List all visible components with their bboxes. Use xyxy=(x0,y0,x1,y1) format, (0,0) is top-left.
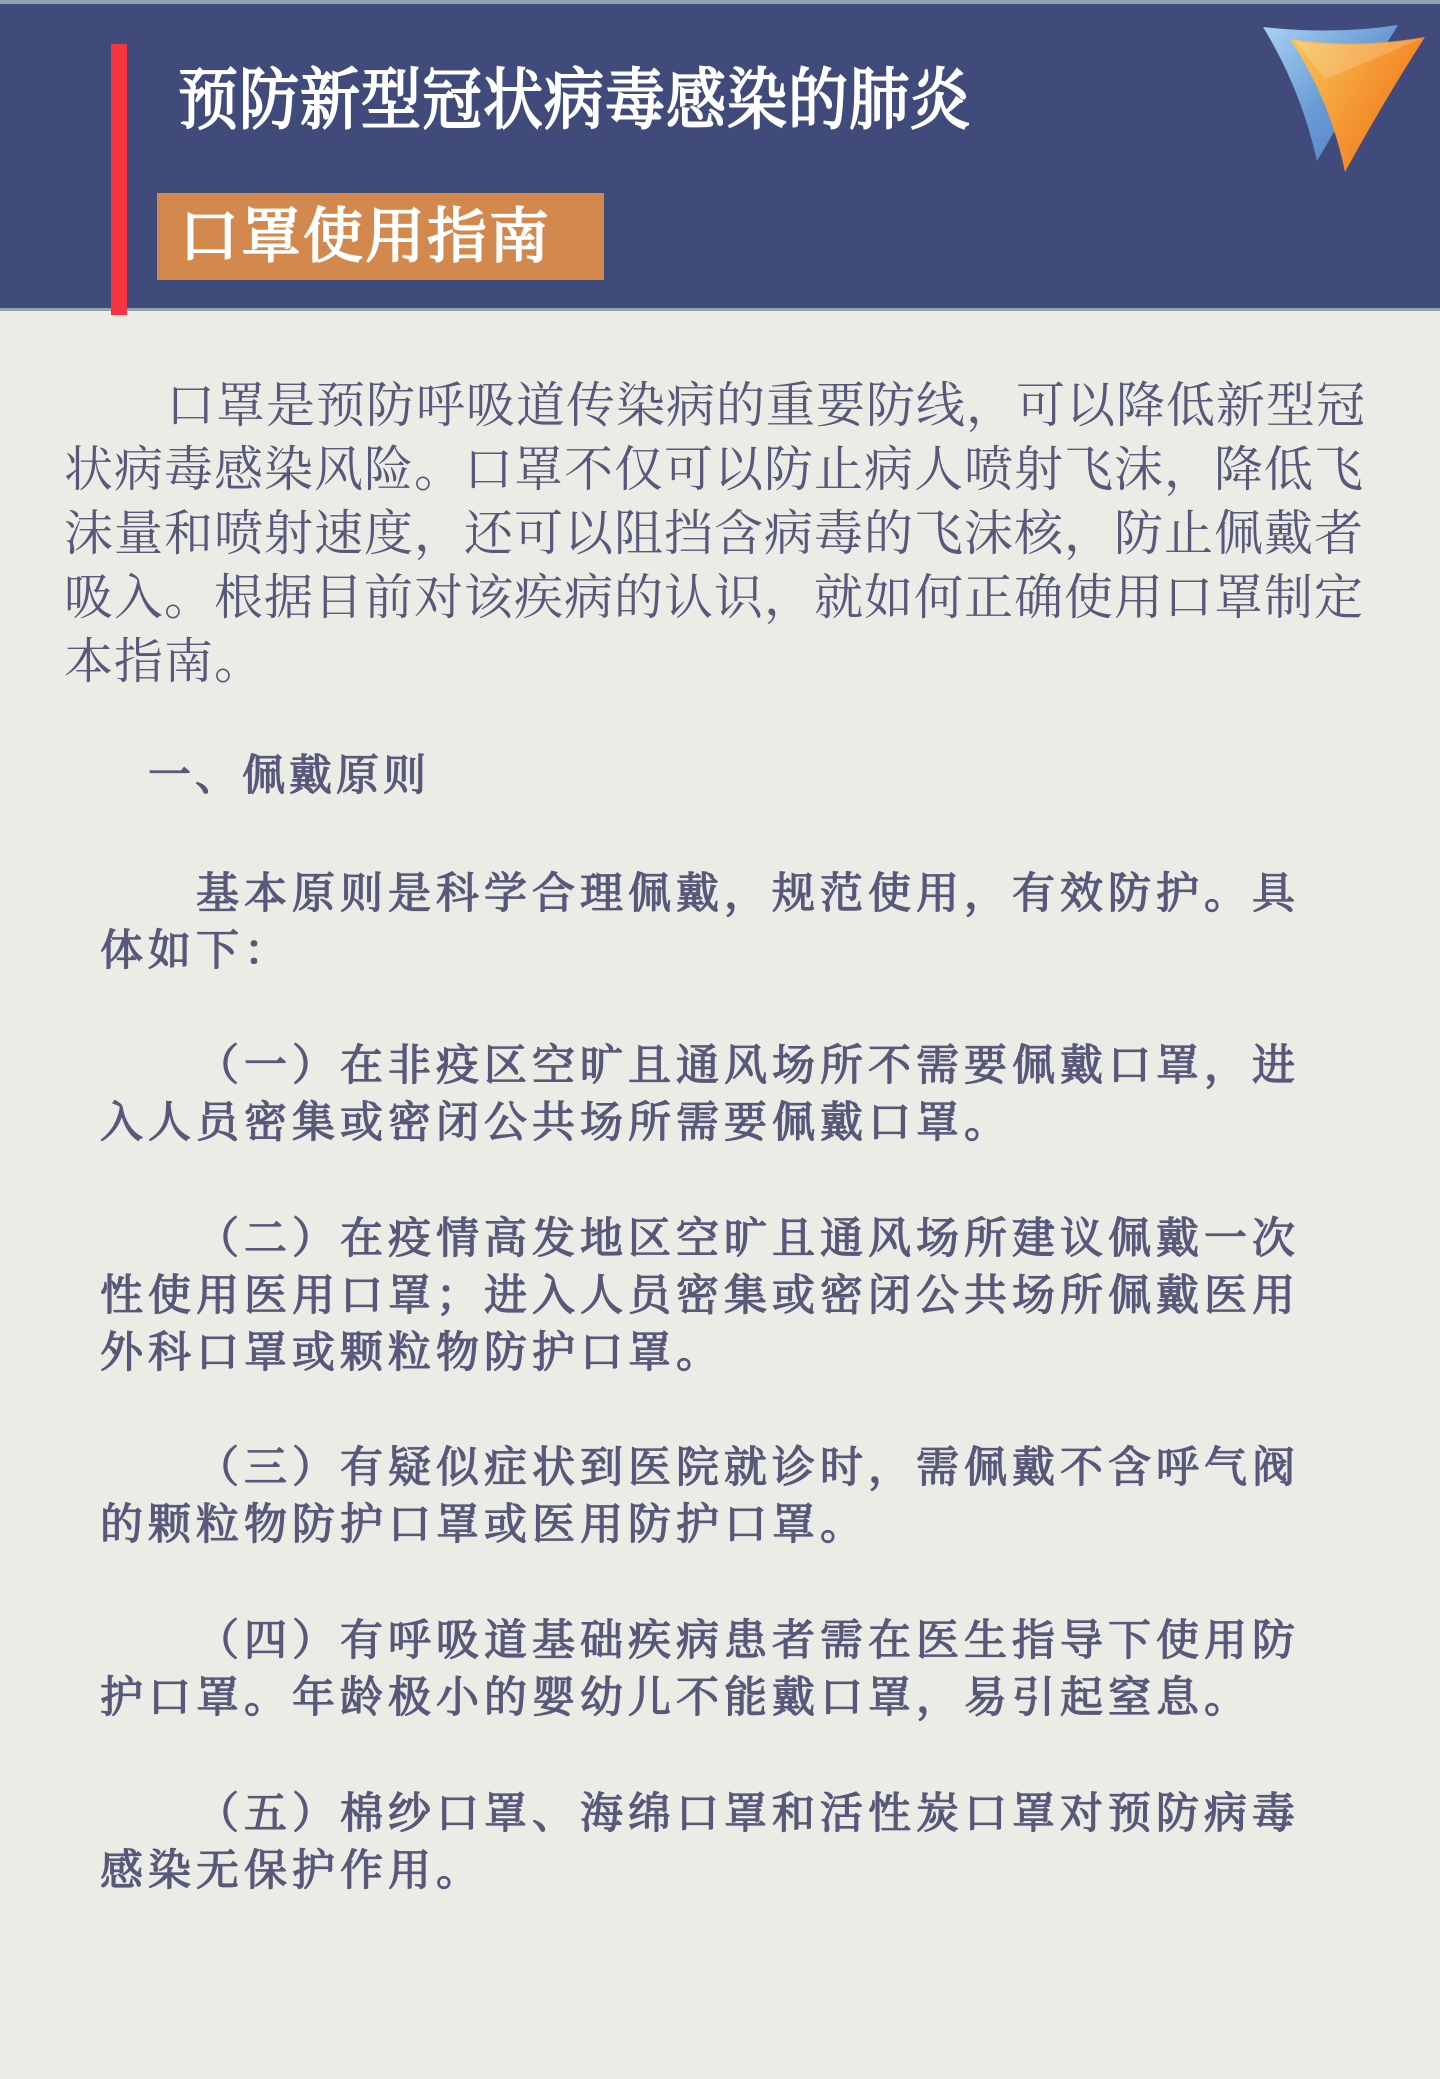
list-item: （五）棉纱口罩、海绵口罩和活性炭口罩对预防病毒感染无保护作用。 xyxy=(100,1786,1310,1900)
subtitle-box: 口罩使用指南 xyxy=(157,193,604,280)
list-item: （二）在疫情高发地区空旷且通风场所建议佩戴一次性使用医用口罩；进入人员密集或密闭… xyxy=(100,1211,1310,1382)
section-heading: 一、佩戴原则 xyxy=(148,748,430,805)
page-title: 预防新型冠状病毒感染的肺炎 xyxy=(178,56,971,146)
list-item: （三）有疑似症状到医院就诊时，需佩戴不含呼气阀的颗粒物防护口罩或医用防护口罩。 xyxy=(100,1440,1310,1554)
accent-bar xyxy=(111,44,127,315)
header-banner: 预防新型冠状病毒感染的肺炎 口罩使用指南 xyxy=(0,0,1440,311)
principle-paragraph: 基本原则是科学合理佩戴，规范使用，有效防护。具体如下： xyxy=(100,866,1310,980)
list-item: （四）有呼吸道基础疾病患者需在医生指导下使用防护口罩。年龄极小的婴幼儿不能戴口罩… xyxy=(100,1613,1310,1727)
intro-paragraph: 口罩是预防呼吸道传染病的重要防线，可以降低新型冠状病毒感染风险。口罩不仅可以防止… xyxy=(64,374,1404,694)
page-subtitle: 口罩使用指南 xyxy=(179,199,551,275)
list-item: （一）在非疫区空旷且通风场所不需要佩戴口罩，进入人员密集或密闭公共场所需要佩戴口… xyxy=(100,1038,1310,1152)
triangle-logo-icon xyxy=(1255,19,1435,184)
